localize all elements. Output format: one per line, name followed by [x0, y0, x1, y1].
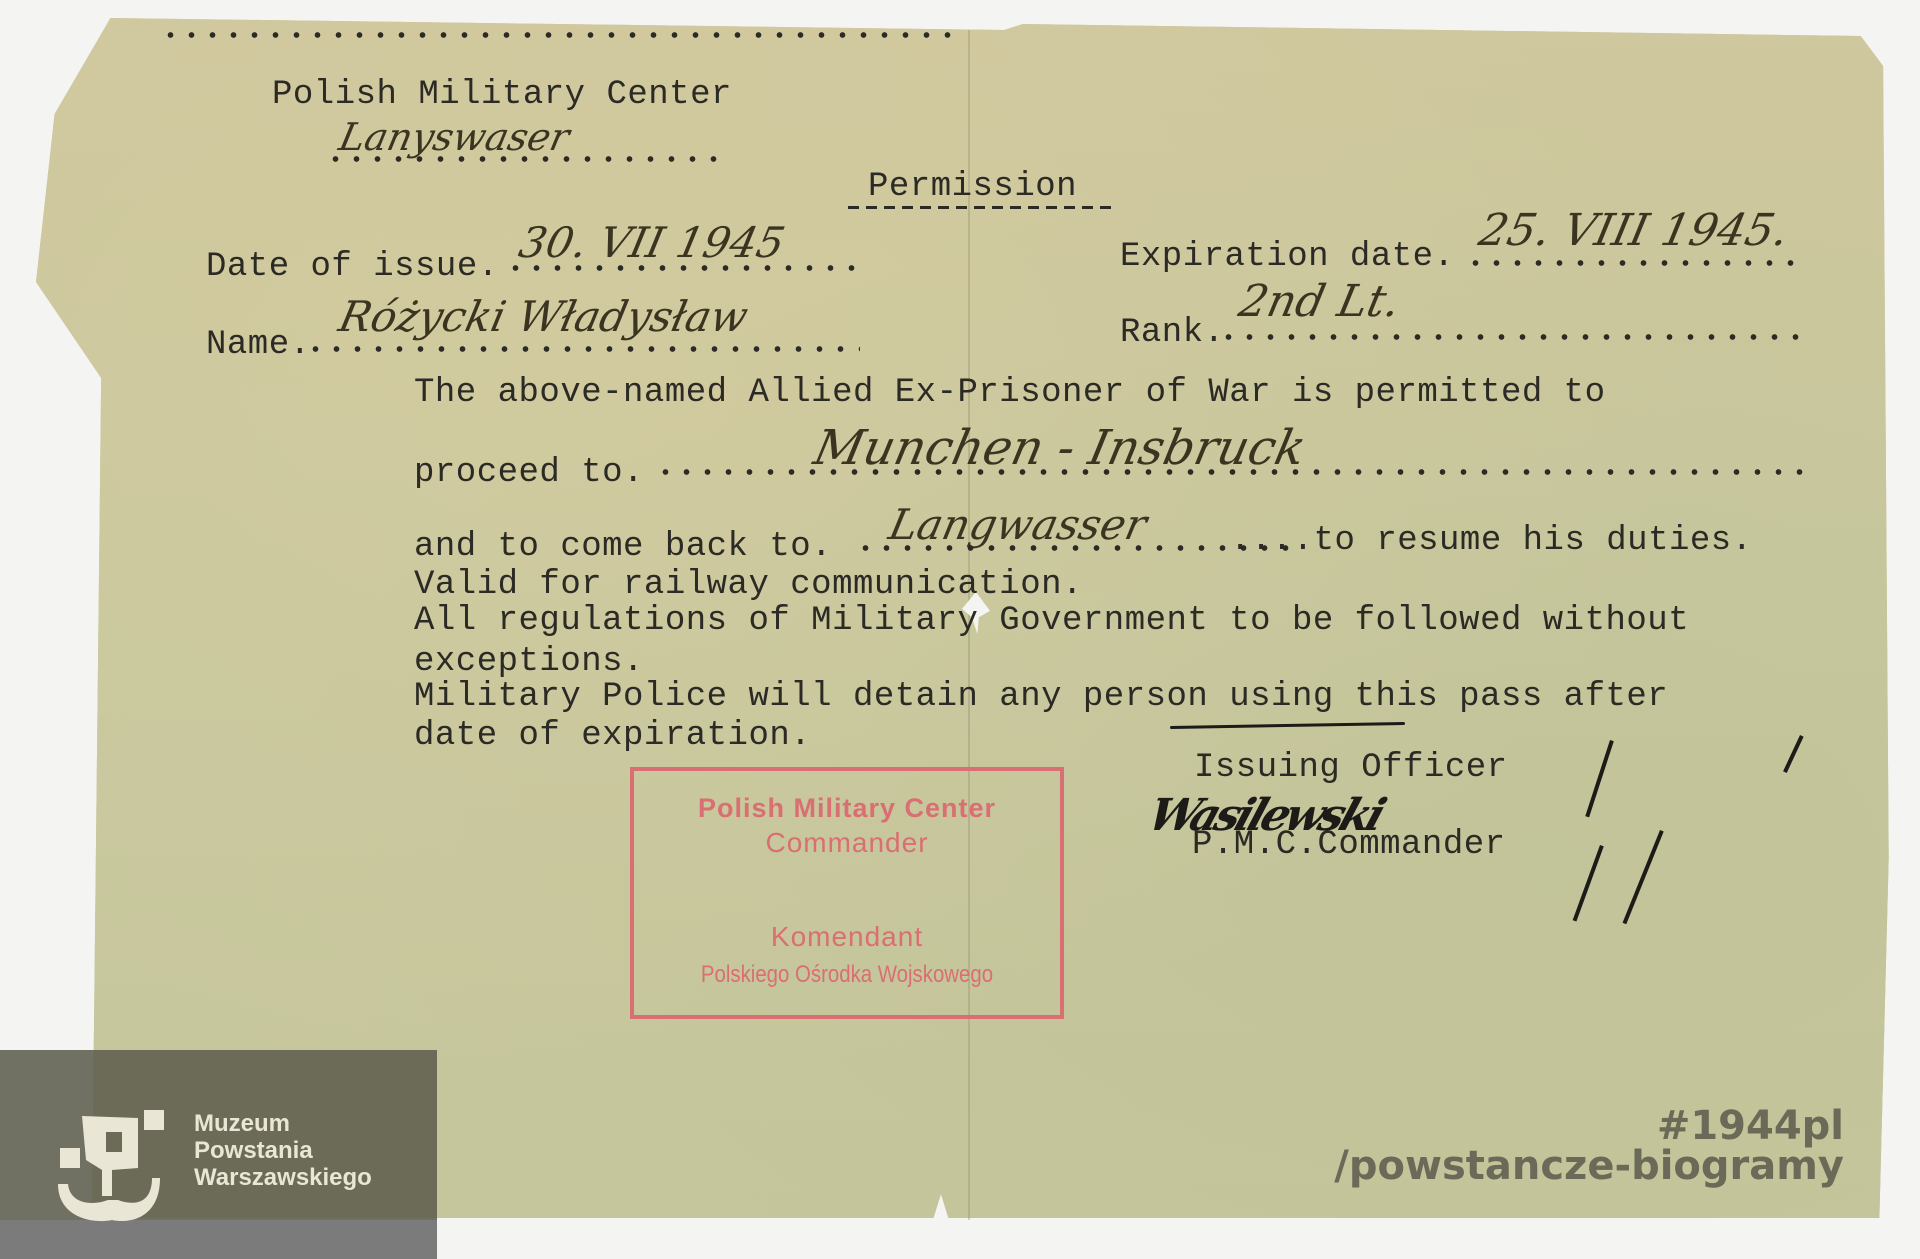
expiration-date-dotted-line: [1465, 260, 1805, 266]
proceed-label: proceed to.: [414, 454, 644, 492]
date-of-issue-label: Date of issue.: [206, 248, 499, 286]
name-label: Name.: [206, 326, 311, 364]
stamp-line-3: Komendant: [634, 921, 1060, 953]
date-of-issue-value: 30. VII 1945: [515, 218, 789, 267]
location-dotted-line: [325, 156, 725, 162]
stamp-line-2: Commander: [634, 827, 1060, 859]
body-line-8: date of expiration.: [414, 717, 811, 755]
return-dotted-line: [855, 545, 1295, 551]
title-underline: [848, 206, 1116, 209]
kotwica-anchor-icon: [56, 1108, 176, 1228]
name-value: Różycki Władysław: [335, 292, 753, 341]
body-line-1: The above-named Allied Ex-Prisoner of Wa…: [414, 374, 1606, 412]
museum-name-line-3: Warszawskiego: [194, 1164, 372, 1191]
body-line-6: exceptions.: [414, 643, 644, 681]
rank-dotted-line: [1218, 334, 1808, 340]
document-title: Permission: [868, 168, 1077, 206]
museum-name-line-2: Powstania: [194, 1137, 372, 1164]
proceed-dotted-line: [655, 469, 1805, 475]
officer-role: P.M.C.Commander: [1192, 826, 1506, 864]
body-line-7: Military Police will detain any person u…: [414, 678, 1668, 716]
museum-name-line-1: Muzeum: [194, 1110, 372, 1137]
return-label: and to come back to.: [414, 528, 832, 566]
issuing-officer-label: Issuing Officer: [1194, 749, 1508, 787]
biogram-path-label: /powstancze-biogramy: [1334, 1143, 1844, 1189]
rank-label: Rank.: [1120, 314, 1225, 352]
expiration-date-value: 25. VIII 1945.: [1475, 205, 1794, 256]
organization-header: Polish Military Center: [272, 76, 732, 114]
official-stamp: Polish Military Center Commander Komenda…: [630, 767, 1064, 1019]
location-handwritten: Lanyswaser: [335, 115, 573, 159]
body-line-5: All regulations of Military Government t…: [414, 602, 1689, 640]
expiration-date-label: Expiration date.: [1120, 238, 1454, 276]
stamp-line-4: Polskiego Ośrodka Wojskowego: [666, 961, 1028, 989]
return-suffix: ....to resume his duties.: [1230, 522, 1753, 560]
name-dotted-line: [305, 346, 860, 352]
date-of-issue-dotted-line: [505, 265, 860, 271]
body-line-4: Valid for railway communication.: [414, 566, 1083, 604]
top-dotted-line: [160, 32, 960, 38]
museum-name: Muzeum Powstania Warszawskiego: [194, 1110, 372, 1191]
return-destination: Langwasser: [885, 500, 1151, 549]
stamp-line-1: Polish Military Center: [634, 793, 1060, 824]
rank-value: 2nd Lt.: [1235, 276, 1405, 327]
museum-logo-box: Muzeum Powstania Warszawskiego: [0, 1050, 437, 1259]
proceed-destination: Munchen - Insbruck: [809, 420, 1311, 476]
